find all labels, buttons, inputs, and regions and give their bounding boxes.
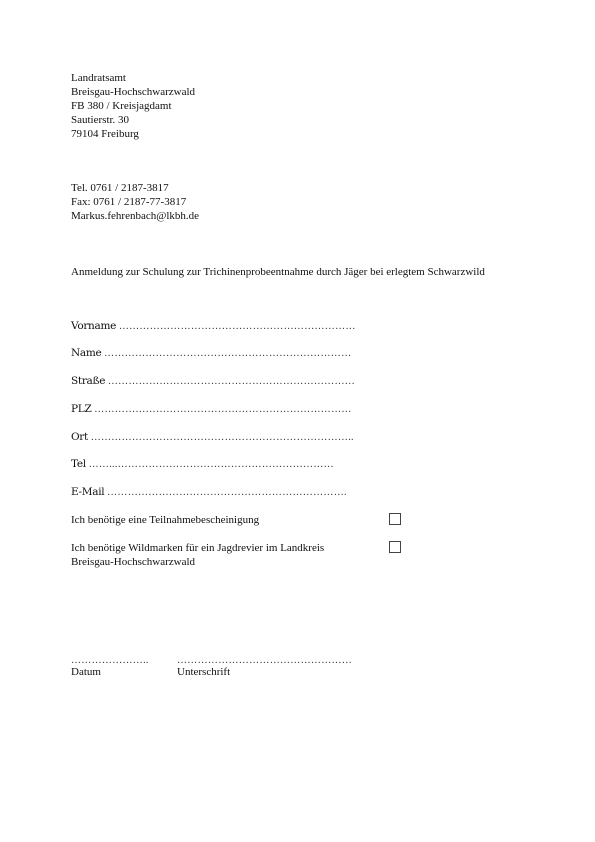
contact-fax: Fax: 0761 / 2187-77-3817 [71,195,199,209]
field-input-line[interactable]: …………………………………………………………… [119,321,356,332]
signature-label: Unterschrift [177,666,230,678]
field-tel[interactable]: Tel ……...……………………………………………………… [71,458,334,470]
date-line[interactable]: ………………….. [71,654,149,666]
field-vorname[interactable]: Vorname …………………………………………………………… [71,320,356,332]
field-input-line[interactable]: ………………………………………………………………….. [91,432,354,443]
checkbox-wildmarken[interactable] [389,541,401,553]
field-label: Tel [71,458,86,470]
field-input-line[interactable]: ……………………………………………………………… [104,348,351,359]
contact-email[interactable]: Markus.fehrenbach@lkbh.de [71,209,199,223]
field-label: Straße [71,375,105,387]
field-name[interactable]: Name ……………………………………………………………… [71,347,351,359]
field-label: Ort [71,431,88,443]
date-dots[interactable]: ………………….. [71,655,149,666]
field-label: E-Mail [71,486,104,498]
date-label: Datum [71,666,101,678]
subject-line: Anmeldung zur Schulung zur Trichinenprob… [71,265,485,279]
contact-block: Tel. 0761 / 2187-3817 Fax: 0761 / 2187-7… [71,181,199,223]
contact-tel: Tel. 0761 / 2187-3817 [71,181,199,195]
signature-dots[interactable]: …………………………………………… [177,655,352,666]
address-line: Sautierstr. 30 [71,113,195,127]
field-label: PLZ [71,403,91,415]
field-input-line[interactable]: ……...……………………………………………………… [89,459,334,470]
checkbox-label-wildmarken: Ich benötige Wildmarken für ein Jagdrevi… [71,541,324,569]
field-strasse[interactable]: Straße ……………………………………………………………… [71,375,355,387]
address-line: 79104 Freiburg [71,127,195,141]
field-input-line[interactable]: ……………………………………………………………. [107,487,347,498]
checkbox-teilnahmebescheinigung[interactable] [389,513,401,525]
field-email[interactable]: E-Mail ……………………………………………………………. [71,486,347,498]
checkbox-label-line: Breisgau-Hochschwarzwald [71,555,324,569]
address-line: Landratsamt [71,71,195,85]
field-input-line[interactable]: ………………………………………………………………… [94,404,352,415]
signature-line[interactable]: …………………………………………… [177,654,352,666]
field-label: Vorname [71,320,116,332]
checkbox-label-line: Ich benötige Wildmarken für ein Jagdrevi… [71,541,324,555]
address-line: Breisgau-Hochschwarzwald [71,85,195,99]
checkbox-label-teilnahmebescheinigung: Ich benötige eine Teilnahmebescheinigung [71,513,259,527]
field-ort[interactable]: Ort ………………………………………………………………….. [71,431,354,443]
address-line: FB 380 / Kreisjagdamt [71,99,195,113]
field-label: Name [71,347,101,359]
address-block: Landratsamt Breisgau-Hochschwarzwald FB … [71,71,195,141]
field-input-line[interactable]: ……………………………………………………………… [108,376,355,387]
field-plz[interactable]: PLZ ………………………………………………………………… [71,403,352,415]
